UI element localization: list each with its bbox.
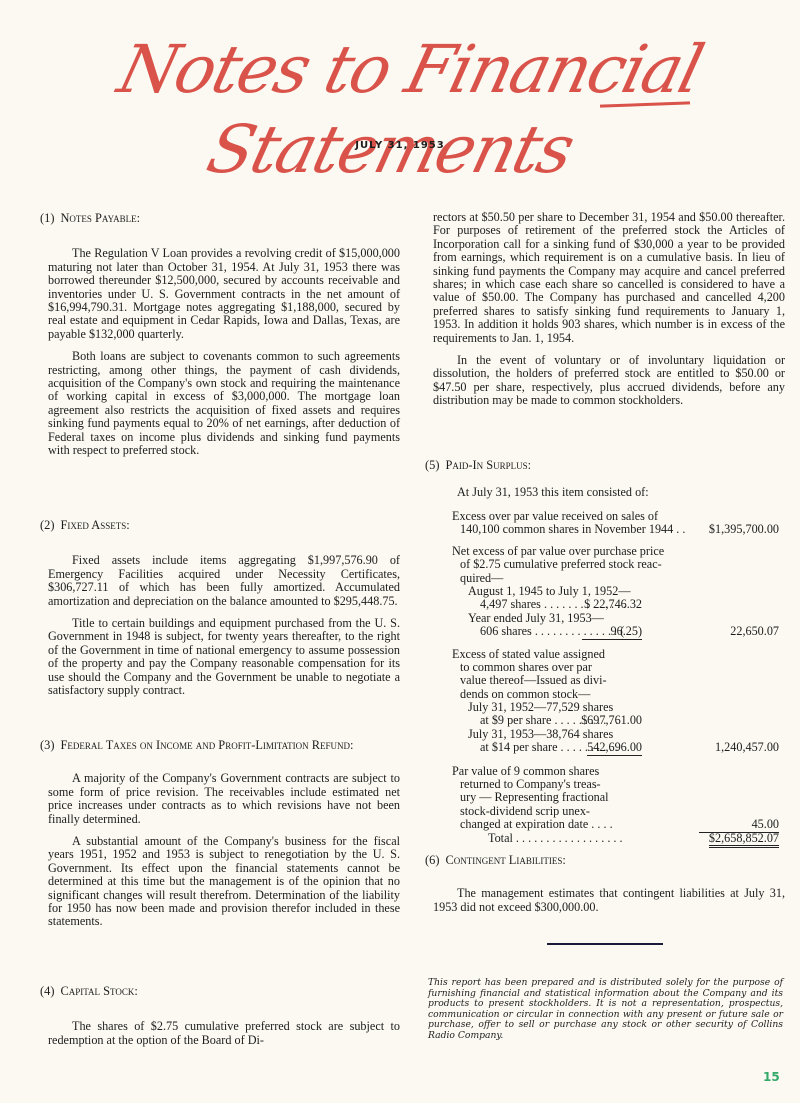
note-5: (5)Paid-In Surplus: At July 31, 1953 thi…: [425, 459, 785, 500]
table-row: 140,100 common shares in November 1944 .…: [452, 523, 787, 536]
table-row: at $9 per share . . . . . . . . . . .$69…: [452, 714, 787, 727]
table-row: August 1, 1945 to July 1, 1952—: [452, 585, 787, 598]
table-row: returned to Company's treas-: [452, 778, 787, 791]
note-paragraph: The Regulation V Loan provides a revolvi…: [40, 247, 400, 341]
note-4-continued: rectors at $50.50 per share to December …: [425, 211, 785, 408]
note-number: (5): [425, 458, 439, 472]
note-paragraph: rectors at $50.50 per share to December …: [425, 211, 785, 345]
amount: 1,240,457.00: [715, 741, 779, 754]
note-paragraph: Both loans are subject to covenants comm…: [40, 350, 400, 457]
note-number: (2): [40, 518, 54, 532]
note-paragraph: The management estimates that contingent…: [425, 887, 785, 914]
table-row: 4,497 shares . . . . . . . . . . . . . .…: [452, 598, 787, 611]
table-row: stock-dividend scrip unex-: [452, 805, 787, 818]
note-paragraph: In the event of voluntary or of involunt…: [425, 354, 785, 408]
note-heading: Notes Payable:: [60, 211, 140, 225]
note-3: (3)Federal Taxes on Income and Profit-Li…: [40, 739, 400, 929]
note-number: (1): [40, 211, 54, 225]
table-row: at $14 per share . . . . . . . . . .542,…: [452, 741, 787, 754]
table-row: value thereof—Issued as divi-: [452, 674, 787, 687]
table-row: Par value of 9 common shares: [452, 765, 787, 778]
table-row: July 31, 1952—77,529 shares: [452, 701, 787, 714]
table-row: of $2.75 cumulative preferred stock reac…: [452, 558, 787, 571]
page-title: Notes to Financial Statements: [0, 30, 800, 190]
note-heading: Fixed Assets:: [60, 518, 129, 532]
section-divider: [547, 943, 663, 945]
amount: $ 22,746.32: [584, 598, 642, 611]
note-heading: Paid-In Surplus:: [445, 458, 531, 472]
amount: 22,650.07: [730, 625, 779, 638]
paid-in-surplus-table: Excess over par value received on sales …: [452, 510, 787, 845]
amount: $697,761.00: [581, 714, 642, 727]
table-row-total: Total . . . . . . . . . . . . . . . . . …: [452, 832, 787, 845]
amount: 96.25): [582, 625, 642, 639]
note-heading: Capital Stock:: [60, 984, 137, 998]
table-row: Excess over par value received on sales …: [452, 510, 787, 523]
total-amount: $2,658,852.07: [709, 832, 779, 848]
table-row: to common shares over par: [452, 661, 787, 674]
note-intro: At July 31, 1953 this item consisted of:: [425, 486, 785, 499]
table-row: changed at expiration date . . . .45.00: [452, 818, 787, 831]
page-number: 15: [763, 1070, 780, 1084]
note-paragraph: A majority of the Company's Government c…: [40, 772, 400, 826]
table-row: Net excess of par value over purchase pr…: [452, 545, 787, 558]
note-paragraph: A substantial amount of the Company's bu…: [40, 835, 400, 929]
table-row: 606 shares . . . . . . . . . . . . . . (…: [452, 625, 787, 638]
note-4: (4)Capital Stock: The shares of $2.75 cu…: [40, 985, 400, 1047]
amount: 542,696.00: [587, 741, 642, 755]
note-number: (3): [40, 738, 54, 752]
note-number: (6): [425, 853, 439, 867]
note-number: (4): [40, 984, 54, 998]
note-1: (1)Notes Payable: The Regulation V Loan …: [40, 212, 400, 458]
amount: $1,395,700.00: [709, 523, 779, 536]
note-6: (6)Contingent Liabilities: The managemen…: [425, 854, 785, 914]
statement-date: JULY 31, 1953: [0, 140, 800, 151]
note-2: (2)Fixed Assets: Fixed assets include it…: [40, 519, 400, 697]
table-row: July 31, 1953—38,764 shares: [452, 728, 787, 741]
table-row: Excess of stated value assigned: [452, 648, 787, 661]
note-paragraph: Fixed assets include items aggregating $…: [40, 554, 400, 608]
disclaimer-text: This report has been prepared and is dis…: [428, 978, 783, 1042]
table-row: quired—: [452, 572, 787, 585]
table-row: ury — Representing fractional: [452, 791, 787, 804]
table-row: Year ended July 31, 1953—: [452, 612, 787, 625]
table-row: dends on common stock—: [452, 688, 787, 701]
note-heading: Federal Taxes on Income and Profit-Limit…: [60, 738, 353, 752]
note-heading: Contingent Liabilities:: [445, 853, 565, 867]
note-paragraph: The shares of $2.75 cumulative preferred…: [40, 1020, 400, 1047]
note-paragraph: Title to certain buildings and equipment…: [40, 617, 400, 697]
